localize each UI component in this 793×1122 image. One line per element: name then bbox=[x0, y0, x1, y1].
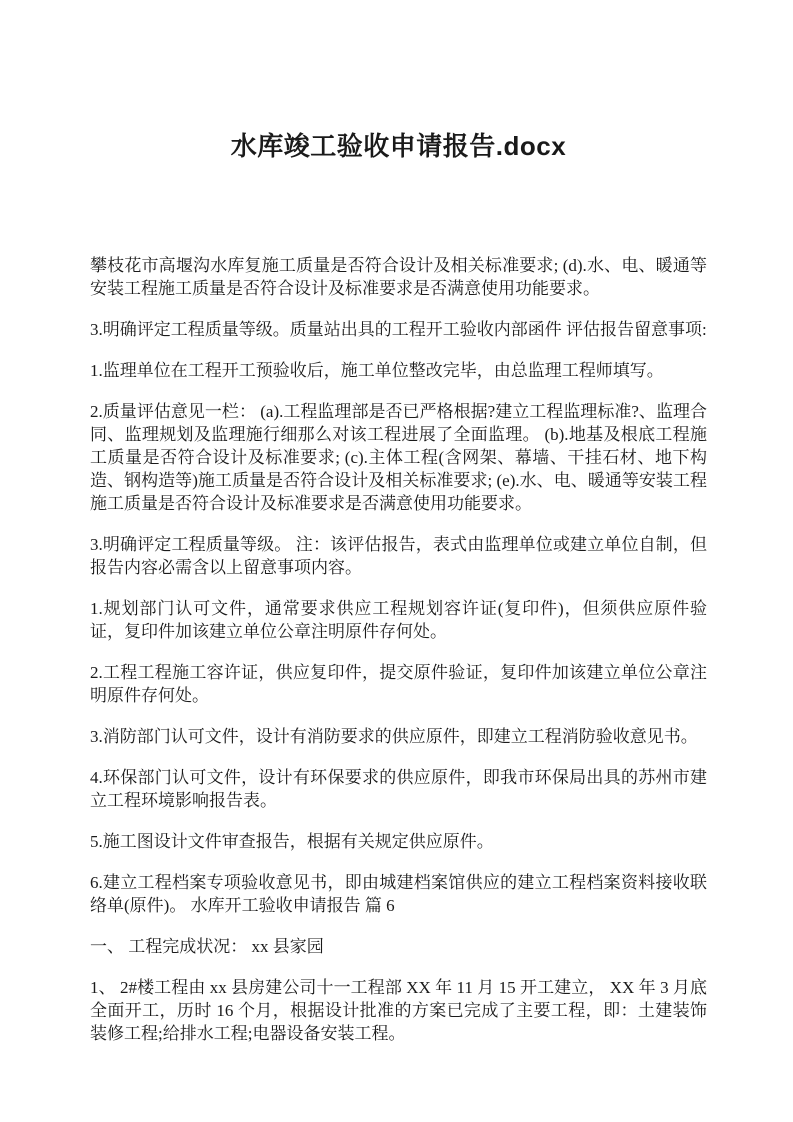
document-title: 水库竣工验收申请报告.docx bbox=[90, 128, 707, 164]
document-page: 水库竣工验收申请报告.docx 攀枝花市高堰沟水库复施工质量是否符合设计及相关标… bbox=[0, 0, 793, 1122]
paragraph-8: 3.消防部门认可文件，设计有消防要求的供应原件，即建立工程消防验收意见书。 bbox=[90, 725, 707, 748]
paragraph-9: 4.环保部门认可文件，设计有环保要求的供应原件，即我市环保局出具的苏州市建立工程… bbox=[90, 766, 707, 812]
paragraph-11: 6.建立工程档案专项验收意见书，即由城建档案馆供应的建立工程档案资料接收联络单(… bbox=[90, 871, 707, 917]
paragraph-4: 2.质量评估意见一栏： (a).工程监理部是否已严格根据?建立工程监理标准?、监… bbox=[90, 400, 707, 515]
paragraph-7: 2.工程工程施工容许证，供应复印件，提交原件验证，复印件加该建立单位公章注明原件… bbox=[90, 661, 707, 707]
paragraph-12: 一、 工程完成状况： xx 县家园 bbox=[90, 935, 707, 958]
document-body: 攀枝花市高堰沟水库复施工质量是否符合设计及相关标准要求; (d).水、电、暖通等… bbox=[90, 254, 707, 1045]
paragraph-2: 3.明确评定工程质量等级。质量站出具的工程开工验收内部函件 评估报告留意事项: bbox=[90, 318, 707, 341]
paragraph-6: 1.规划部门认可文件，通常要求供应工程规划容许证(复印件)，但须供应原件验证，复… bbox=[90, 597, 707, 643]
paragraph-10: 5.施工图设计文件审查报告，根据有关规定供应原件。 bbox=[90, 830, 707, 853]
paragraph-1: 攀枝花市高堰沟水库复施工质量是否符合设计及相关标准要求; (d).水、电、暖通等… bbox=[90, 254, 707, 300]
paragraph-3: 1.监理单位在工程开工预验收后，施工单位整改完毕，由总监理工程师填写。 bbox=[90, 359, 707, 382]
paragraph-5: 3.明确评定工程质量等级。 注：该评估报告，表式由监理单位或建立单位自制，但报告… bbox=[90, 533, 707, 579]
paragraph-13: 1、 2#楼工程由 xx 县房建公司十一工程部 XX 年 11 月 15 开工建… bbox=[90, 976, 707, 1045]
